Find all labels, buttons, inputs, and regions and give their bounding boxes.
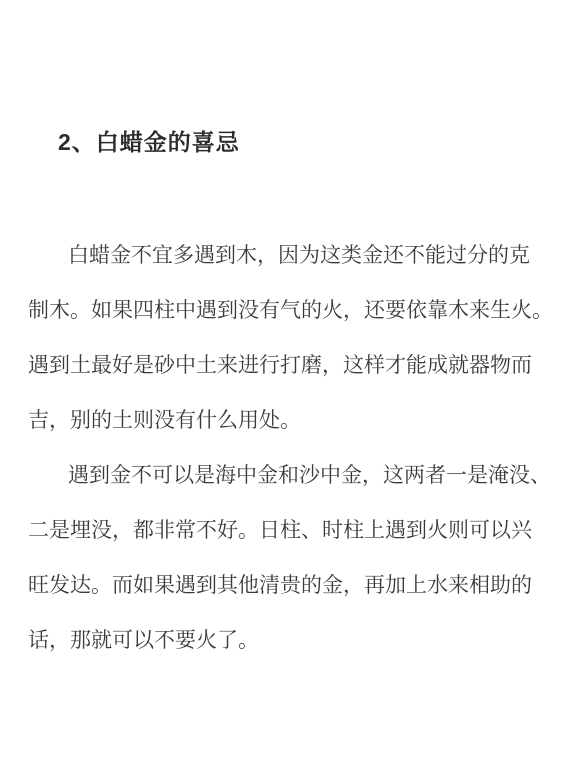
text-line: 遇到土最好是砂中土来进行打磨，这样才能成就器物而 [28,338,562,393]
text-line: 制木。如果四柱中遇到没有气的火，还要依靠木来生火。 [28,283,562,338]
text-line: 二是埋没，都非常不好。日柱、时柱上遇到火则可以兴 [28,503,562,558]
document-page: 2、白蜡金的喜忌 白蜡金不宜多遇到木，因为这类金还不能过分的克 制木。如果四柱中… [0,0,570,760]
text-line: 吉，别的土则没有什么用处。 [28,393,562,448]
section-heading: 2、白蜡金的喜忌 [58,124,240,157]
paragraph: 遇到金不可以是海中金和沙中金，这两者一是淹没、 二是埋没，都非常不好。日柱、时柱… [28,448,562,668]
text-line: 遇到金不可以是海中金和沙中金，这两者一是淹没、 [28,448,562,503]
text-line: 旺发达。而如果遇到其他清贵的金，再加上水来相助的 [28,558,562,613]
article-body: 白蜡金不宜多遇到木，因为这类金还不能过分的克 制木。如果四柱中遇到没有气的火，还… [28,228,562,668]
paragraph: 白蜡金不宜多遇到木，因为这类金还不能过分的克 制木。如果四柱中遇到没有气的火，还… [28,228,562,448]
text-line: 白蜡金不宜多遇到木，因为这类金还不能过分的克 [28,228,562,283]
text-line: 话，那就可以不要火了。 [28,613,562,668]
